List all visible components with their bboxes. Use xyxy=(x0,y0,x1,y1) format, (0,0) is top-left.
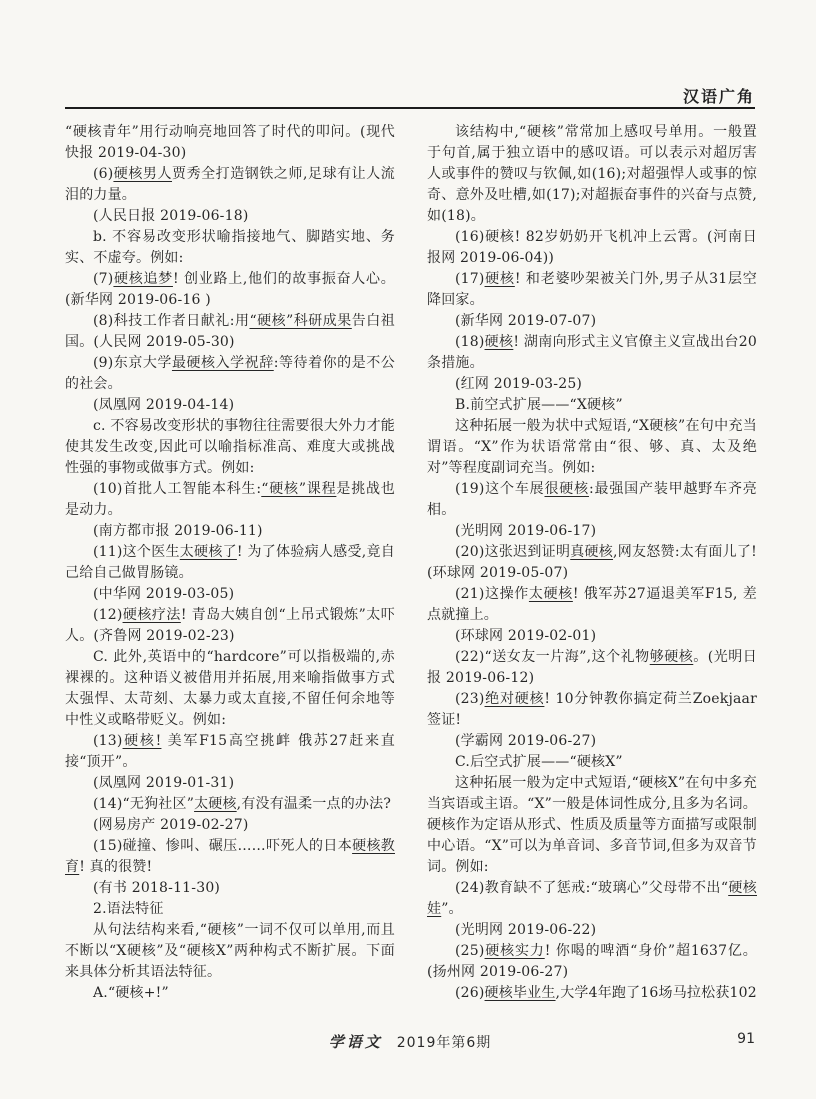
text-run: C.后空式扩展——“硬核X” xyxy=(455,754,623,770)
paragraph: (南方都市报 2019-06-11) xyxy=(65,521,395,542)
text-run: (8)科技工作者日献礼:用 xyxy=(93,313,249,329)
paragraph: (中华网 2019-03-05) xyxy=(65,584,395,605)
highlighted-term: 硬核男人 xyxy=(113,166,172,182)
paragraph: (17)硬核! 和老婆吵架被关门外,男子从31层空降回家。 xyxy=(427,269,757,311)
text-run: (12) xyxy=(93,607,123,623)
footer-journal-line: 学语文 2019年第6期 xyxy=(329,1031,492,1052)
paragraph: (环球网 2019-02-01) xyxy=(427,626,757,647)
text-run: A.“硬核+!” xyxy=(93,985,169,1001)
text-run: (南方都市报 2019-06-11) xyxy=(93,523,263,539)
page-number: 91 xyxy=(737,1031,755,1047)
text-run: ,有没有温柔一点的办法? xyxy=(237,796,391,812)
text-run: (7) xyxy=(93,271,113,287)
paragraph: (13)硬核! 美军F15高空挑衅 俄苏27赶来直接“顶开”。 xyxy=(65,731,395,773)
journal-issue: 2019年第6期 xyxy=(397,1032,492,1052)
paragraph: (12)硬核疗法! 青岛大姨自创“上吊式锻炼”太吓人。(齐鲁网 2019-02-… xyxy=(65,605,395,647)
paragraph: (凤凰网 2019-01-31) xyxy=(65,773,395,794)
paragraph: (22)“送女友一片海”,这个礼物够硬核。(光明日报 2019-06-12) xyxy=(427,647,757,689)
highlighted-term: 太硬核 xyxy=(194,796,237,812)
text-run: (环球网 2019-02-01) xyxy=(455,628,596,644)
text-run: (25) xyxy=(455,943,485,959)
text-run: (光明网 2019-06-22) xyxy=(455,922,596,938)
text-run: (11)这个医生 xyxy=(93,544,180,560)
text-run: C. 此外,英语中的“hardcore”可以指极端的,赤裸裸的。这种语义被借用并… xyxy=(65,649,395,728)
text-run: (有书 2018-11-30) xyxy=(93,880,220,896)
paragraph: (新华网 2019-07-07) xyxy=(427,311,757,332)
paragraph: (9)东京大学最硬核入学祝辞:等待着你的是不公的社会。 xyxy=(65,353,395,395)
text-run: c. 不容易改变形状的事物往往需要很大外力才能使其发生改变,因此可以喻指标准高、… xyxy=(65,418,395,476)
text-run: (14)“无狗社区” xyxy=(93,796,194,812)
text-run: (21)这操作 xyxy=(455,586,529,602)
text-run: (凤凰网 2019-01-31) xyxy=(93,775,234,791)
text-run: (18) xyxy=(455,334,485,350)
paragraph: (25)硬核实力! 你喝的啤酒“身价”超1637亿。(扬州网 2019-06-2… xyxy=(427,941,757,983)
paragraph: (23)绝对硬核! 10分钟教你搞定荷兰Zoekjaar签证! xyxy=(427,689,757,731)
highlighted-term: 太硬核 xyxy=(529,586,573,602)
paragraph: 这种拓展一般为定中式短语,“硬核X”在句中多充当宾语或主语。“X”一般是体词性成… xyxy=(427,773,757,878)
paragraph: 从句法结构来看,“硬核”一词不仅可以单用,而且不断以“X硬核”及“硬核X”两种构… xyxy=(65,920,395,983)
text-run: (10)首批人工智能本科生: xyxy=(93,481,261,497)
paragraph: C. 此外,英语中的“hardcore”可以指极端的,赤裸裸的。这种语义被借用并… xyxy=(65,647,395,731)
paragraph: (学霸网 2019-06-27) xyxy=(427,731,757,752)
highlighted-term: 硬核毕业生 xyxy=(485,985,556,1001)
text-run: (13) xyxy=(93,733,123,749)
highlighted-term: 绝对硬核 xyxy=(485,691,545,707)
text-run: 这种拓展一般为定中式短语,“硬核X”在句中多充当宾语或主语。“X”一般是体词性成… xyxy=(427,775,757,875)
highlighted-term: 很硬核 xyxy=(544,481,588,497)
column-left: “硬核青年”用行动响亮地回答了时代的叩问。(现代快报 2019-04-30)(6… xyxy=(65,122,395,1004)
column-right: 该结构中,“硬核”常常加上感叹号单用。一般置于句首,属于独立语中的感叹语。可以表… xyxy=(427,122,757,1004)
text-run: 该结构中,“硬核”常常加上感叹号单用。一般置于句首,属于独立语中的感叹语。可以表… xyxy=(427,124,757,224)
paragraph: (16)硬核! 82岁奶奶开飞机冲上云霄。(河南日报网 2019-06-04)) xyxy=(427,227,757,269)
text-run: ! 真的很赞! xyxy=(79,859,152,875)
paragraph: A.“硬核+!” xyxy=(65,983,395,1004)
highlighted-term: 太硬核了 xyxy=(180,544,237,560)
paragraph: (7)硬核追梦! 创业路上,他们的故事振奋人心。(新华网 2019-06-16 … xyxy=(65,269,395,311)
section-title: 汉语广角 xyxy=(683,87,755,106)
text-run: ,大学4年跑了16场马拉松获102 xyxy=(556,985,757,1001)
paragraph: (凤凰网 2019-04-14) xyxy=(65,395,395,416)
text-run: b. 不容易改变形状喻指接地气、脚踏实地、务实、不虚夸。例如: xyxy=(65,229,395,266)
text-run: “硬核青年”用行动响亮地回答了时代的叩问。(现代快报 2019-04-30) xyxy=(65,124,395,161)
highlighted-term: 硬核 xyxy=(485,271,515,287)
paragraph: (光明网 2019-06-22) xyxy=(427,920,757,941)
text-run: B.前空式扩展——“X硬核” xyxy=(455,397,623,413)
paragraph: (20)这张迟到证明真硬核,网友怒赞:太有面儿了! (环球网 2019-05-0… xyxy=(427,542,757,584)
paragraph: 2.语法特征 xyxy=(65,899,395,920)
paragraph: (21)这操作太硬核! 俄军苏27逼退美军F15, 差点就撞上。 xyxy=(427,584,757,626)
text-run: (23) xyxy=(455,691,485,707)
article-body: “硬核青年”用行动响亮地回答了时代的叩问。(现代快报 2019-04-30)(6… xyxy=(65,122,757,1004)
paragraph: 这种拓展一般为状中式短语,“X硬核”在句中充当谓语。“X”作为状语常常由“很、够… xyxy=(427,416,757,479)
paragraph: C.后空式扩展——“硬核X” xyxy=(427,752,757,773)
text-run: (凤凰网 2019-04-14) xyxy=(93,397,234,413)
text-run: (中华网 2019-03-05) xyxy=(93,586,234,602)
journal-page: 汉语广角 “硬核青年”用行动响亮地回答了时代的叩问。(现代快报 2019-04-… xyxy=(0,0,816,1099)
paragraph: (10)首批人工智能本科生:“硬核”课程是挑战也是动力。 xyxy=(65,479,395,521)
paragraph: (8)科技工作者日献礼:用“硬核”科研成果告白祖国。(人民网 2019-05-3… xyxy=(65,311,395,353)
paragraph: (11)这个医生太硬核了! 为了体验病人感受,竟自己给自己做胃肠镜。 xyxy=(65,542,395,584)
paragraph: (14)“无狗社区”太硬核,有没有温柔一点的办法? xyxy=(65,794,395,815)
text-run: ”。 xyxy=(441,901,463,917)
highlighted-term: 真硬核 xyxy=(570,544,613,560)
text-run: (17) xyxy=(455,271,485,287)
paragraph: b. 不容易改变形状喻指接地气、脚踏实地、务实、不虚夸。例如: xyxy=(65,227,395,269)
text-run: (26) xyxy=(455,985,485,1001)
text-run: 这种拓展一般为状中式短语,“X硬核”在句中充当谓语。“X”作为状语常常由“很、够… xyxy=(427,418,757,476)
text-run: (红网 2019-03-25) xyxy=(455,376,582,392)
page-header: 汉语广角 xyxy=(65,84,755,107)
highlighted-term: 最硬核入学祝辞 xyxy=(172,355,274,371)
paragraph: (15)碰撞、惨叫、碾压……吓死人的日本硬核教育! 真的很赞! xyxy=(65,836,395,878)
paragraph: (26)硬核毕业生,大学4年跑了16场马拉松获102 xyxy=(427,983,757,1004)
paragraph: c. 不容易改变形状的事物往往需要很大外力才能使其发生改变,因此可以喻指标准高、… xyxy=(65,416,395,479)
text-run: (16)硬核! 82岁奶奶开飞机冲上云霄。(河南日报网 2019-06-04)) xyxy=(427,229,757,266)
highlighted-term: 硬核追梦 xyxy=(113,271,173,287)
text-run: (24)教育缺不了惩戒:“玻璃心”父母带不出“ xyxy=(455,880,728,896)
text-run: (9)东京大学 xyxy=(93,355,172,371)
text-run: (19)这个车展 xyxy=(455,481,544,497)
paragraph: (人民日报 2019-06-18) xyxy=(65,206,395,227)
highlighted-term: 硬核! xyxy=(123,733,162,749)
text-run: (人民日报 2019-06-18) xyxy=(93,208,249,224)
text-run: (网易房产 2019-02-27) xyxy=(93,817,249,833)
paragraph: 该结构中,“硬核”常常加上感叹号单用。一般置于句首,属于独立语中的感叹语。可以表… xyxy=(427,122,757,227)
paragraph: (19)这个车展很硬核:最强国产装甲越野车齐亮相。 xyxy=(427,479,757,521)
paragraph: “硬核青年”用行动响亮地回答了时代的叩问。(现代快报 2019-04-30) xyxy=(65,122,395,164)
paragraph: (光明网 2019-06-17) xyxy=(427,521,757,542)
text-run: (6) xyxy=(93,166,113,182)
text-run: (新华网 2019-07-07) xyxy=(455,313,596,329)
highlighted-term: 硬核实力 xyxy=(485,943,545,959)
paragraph: (18)硬核! 湖南向形式主义官僚主义宣战出台20条措施。 xyxy=(427,332,757,374)
paragraph: (有书 2018-11-30) xyxy=(65,878,395,899)
text-run: 2.语法特征 xyxy=(93,901,164,917)
text-run: (光明网 2019-06-17) xyxy=(455,523,596,539)
paragraph: B.前空式扩展——“X硬核” xyxy=(427,395,757,416)
page-footer: 学语文 2019年第6期 91 xyxy=(65,1031,755,1053)
text-run: (20)这张迟到证明 xyxy=(455,544,570,560)
highlighted-term: 够硬核 xyxy=(650,649,694,665)
highlighted-term: 硬核 xyxy=(485,334,514,350)
text-run: (22)“送女友一片海”,这个礼物 xyxy=(455,649,650,665)
paragraph: (红网 2019-03-25) xyxy=(427,374,757,395)
header-rule xyxy=(65,107,755,109)
paragraph: (网易房产 2019-02-27) xyxy=(65,815,395,836)
paragraph: (24)教育缺不了惩戒:“玻璃心”父母带不出“硬核娃”。 xyxy=(427,878,757,920)
text-run: 从句法结构来看,“硬核”一词不仅可以单用,而且不断以“X硬核”及“硬核X”两种构… xyxy=(65,922,395,980)
highlighted-term: “硬核”课程 xyxy=(261,481,336,497)
journal-name: 学语文 xyxy=(329,1031,383,1052)
highlighted-term: 硬核疗法 xyxy=(123,607,181,623)
text-run: (学霸网 2019-06-27) xyxy=(455,733,596,749)
paragraph: (6)硬核男人贾秀全打造钢铁之师,足球有让人流泪的力量。 xyxy=(65,164,395,206)
text-run: (15)碰撞、惨叫、碾压……吓死人的日本 xyxy=(93,838,352,854)
highlighted-term: “硬核”科研成果 xyxy=(249,313,351,329)
